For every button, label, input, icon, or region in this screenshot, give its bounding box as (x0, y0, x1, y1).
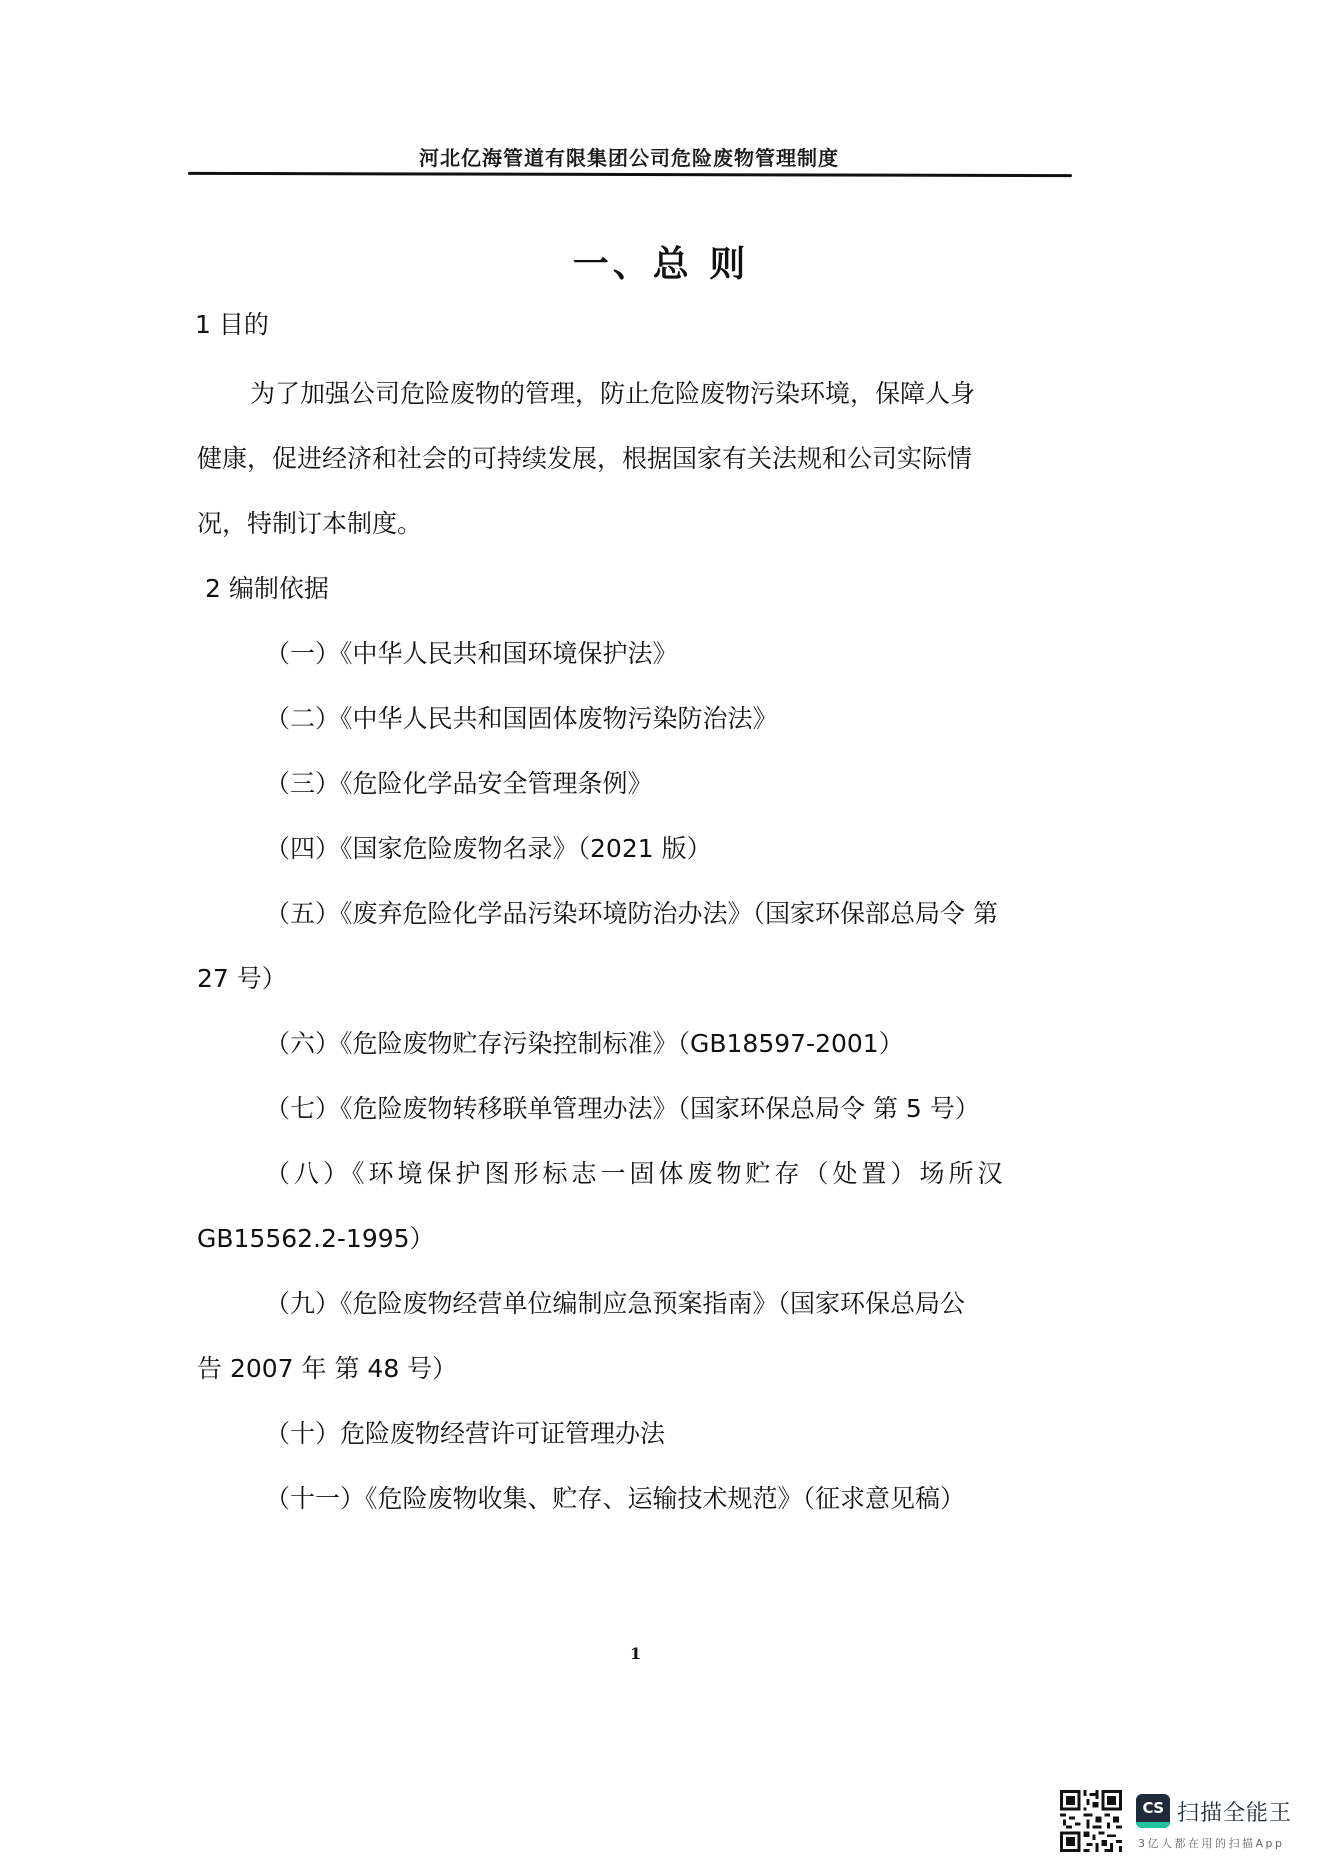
basis-item-5: （五）《废弃危险化学品污染环境防治办法》（国家环保部总局令 第 (265, 898, 998, 930)
purpose-paragraph-line-3: 况，特制订本制度。 (197, 508, 422, 540)
brand-tagline: 3亿人都在用的扫描App (1138, 1835, 1285, 1851)
running-header-title: 河北亿海管道有限集团公司危险废物管理制度 (188, 142, 1070, 171)
basis-item-3: （三）《危险化学品安全管理条例》 (265, 768, 653, 800)
basis-item-7: （七）《危险废物转移联单管理办法》（国家环保总局令 第 5 号） (265, 1093, 980, 1125)
basis-heading: 2 编制依据 (205, 573, 329, 605)
purpose-paragraph-line-2: 健康，促进经济和社会的可持续发展，根据国家有关法规和公司实际情 (197, 443, 972, 475)
page-number: 1 (630, 1644, 641, 1663)
logo-accent-bar (1136, 1822, 1170, 1828)
basis-item-2: （二）《中华人民共和国固体废物污染防治法》 (265, 703, 778, 735)
purpose-heading: 1 目的 (195, 309, 269, 341)
basis-item-4: （四）《国家危险废物名录》（2021 版） (265, 833, 712, 865)
basis-item-10: （十）危险废物经营许可证管理办法 (265, 1418, 665, 1450)
basis-item-9-continuation: 告 2007 年 第 48 号） (197, 1353, 457, 1385)
section-title: 一、总 则 (0, 236, 1322, 287)
camscanner-logo-icon: CS (1136, 1794, 1170, 1828)
basis-item-8: （八）《环境保护图形标志一固体废物贮存（处置）场所汉 (265, 1158, 1007, 1190)
basis-item-6: （六）《危险废物贮存污染控制标准》（GB18597-2001） (265, 1028, 904, 1060)
qr-code-icon (1060, 1790, 1122, 1852)
basis-item-5-continuation: 27 号） (197, 963, 287, 995)
basis-item-1: （一）《中华人民共和国环境保护法》 (265, 638, 678, 670)
document-page: 河北亿海管道有限集团公司危险废物管理制度 一、总 则 1 目的 为了加强公司危险… (0, 0, 1322, 1871)
header-rule (188, 172, 1072, 177)
brand-name: 扫描全能王 (1177, 1796, 1292, 1827)
purpose-paragraph-line-1: 为了加强公司危险废物的管理，防止危险废物污染环境，保障人身 (250, 378, 975, 410)
basis-item-8-continuation: GB15562.2-1995） (197, 1223, 435, 1255)
logo-text: CS (1136, 1799, 1170, 1817)
basis-item-11: （十一）《危险废物收集、贮存、运输技术规范》（征求意见稿） (265, 1483, 965, 1515)
scanner-watermark: CS 扫描全能王 3亿人都在用的扫描App (1060, 1790, 1310, 1856)
basis-item-9: （九）《危险废物经营单位编制应急预案指南》（国家环保总局公 (265, 1288, 965, 1320)
